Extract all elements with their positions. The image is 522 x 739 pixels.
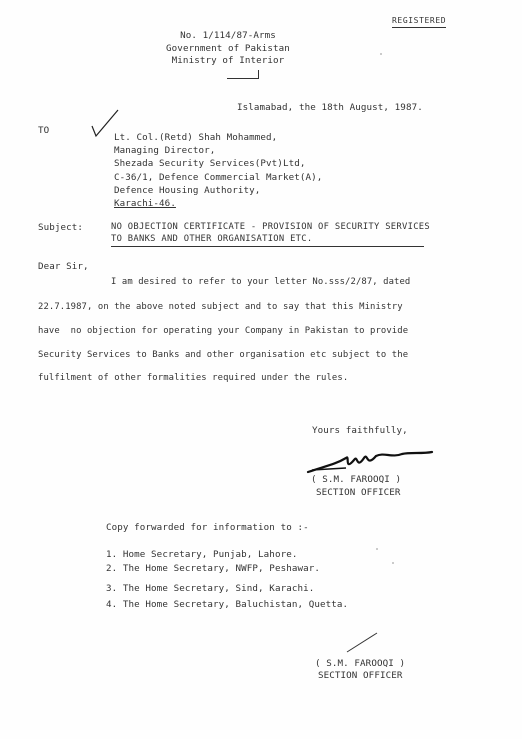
addressee-line: Shezada Security Services(Pvt)Ltd, — [114, 158, 305, 169]
signature-icon — [306, 446, 436, 476]
scan-speck — [376, 548, 378, 550]
subject-line: NO OBJECTION CERTIFICATE - PROVISION OF … — [111, 222, 430, 233]
header-divider-tick — [258, 70, 259, 78]
letter-page: REGISTERED No. 1/114/87-Arms Government … — [0, 0, 522, 739]
header-divider — [227, 78, 259, 79]
body-line: have no objection for operating your Com… — [38, 326, 408, 337]
addressee-line: C-36/1, Defence Commercial Market(A), — [114, 172, 322, 183]
signatory-copy-name: ( S.M. FAROOQI ) — [315, 658, 405, 669]
body-line: fulfilment of other formalities required… — [38, 373, 348, 384]
government-heading: Government of Pakistan — [128, 43, 328, 54]
body-line: I am desired to refer to your letter No.… — [111, 277, 410, 288]
date-line: Islamabad, the 18th August, 1987. — [237, 102, 423, 113]
closing: Yours faithfully, — [312, 425, 408, 436]
body-line: 22.7.1987, on the above noted subject an… — [38, 302, 403, 313]
copy-recipient: 1. Home Secretary, Punjab, Lahore. — [106, 549, 297, 560]
addressee-line: Lt. Col.(Retd) Shah Mohammed, — [114, 132, 277, 143]
copy-recipient: 3. The Home Secretary, Sind, Karachi. — [106, 583, 314, 594]
salutation: Dear Sir, — [38, 261, 89, 272]
subject-label: Subject: — [38, 222, 83, 233]
copy-recipient: 2. The Home Secretary, NWFP, Peshawar. — [106, 563, 320, 574]
scan-speck — [392, 562, 394, 564]
to-label: TO — [38, 125, 49, 136]
ministry-heading: Ministry of Interior — [128, 55, 328, 66]
reference-number: No. 1/114/87-Arms — [128, 30, 328, 41]
signatory-copy-title: SECTION OFFICER — [318, 670, 402, 681]
addressee-line: Managing Director, — [114, 145, 215, 156]
addressee-city: Karachi-46. — [114, 198, 176, 209]
addressee-line: Defence Housing Authority, — [114, 185, 260, 196]
body-line: Security Services to Banks and other org… — [38, 350, 408, 361]
subject-line: TO BANKS AND OTHER ORGANISATION ETC. — [111, 234, 312, 245]
subject-underline — [111, 246, 424, 247]
registered-stamp: REGISTERED — [392, 15, 446, 28]
copy-heading: Copy forwarded for information to :- — [106, 522, 309, 533]
signatory-name: ( S.M. FAROOQI ) — [311, 474, 401, 485]
copy-recipient: 4. The Home Secretary, Baluchistan, Quet… — [106, 599, 348, 610]
scan-speck — [380, 53, 382, 55]
signatory-title: SECTION OFFICER — [316, 487, 400, 498]
initial-mark-icon — [345, 630, 380, 655]
